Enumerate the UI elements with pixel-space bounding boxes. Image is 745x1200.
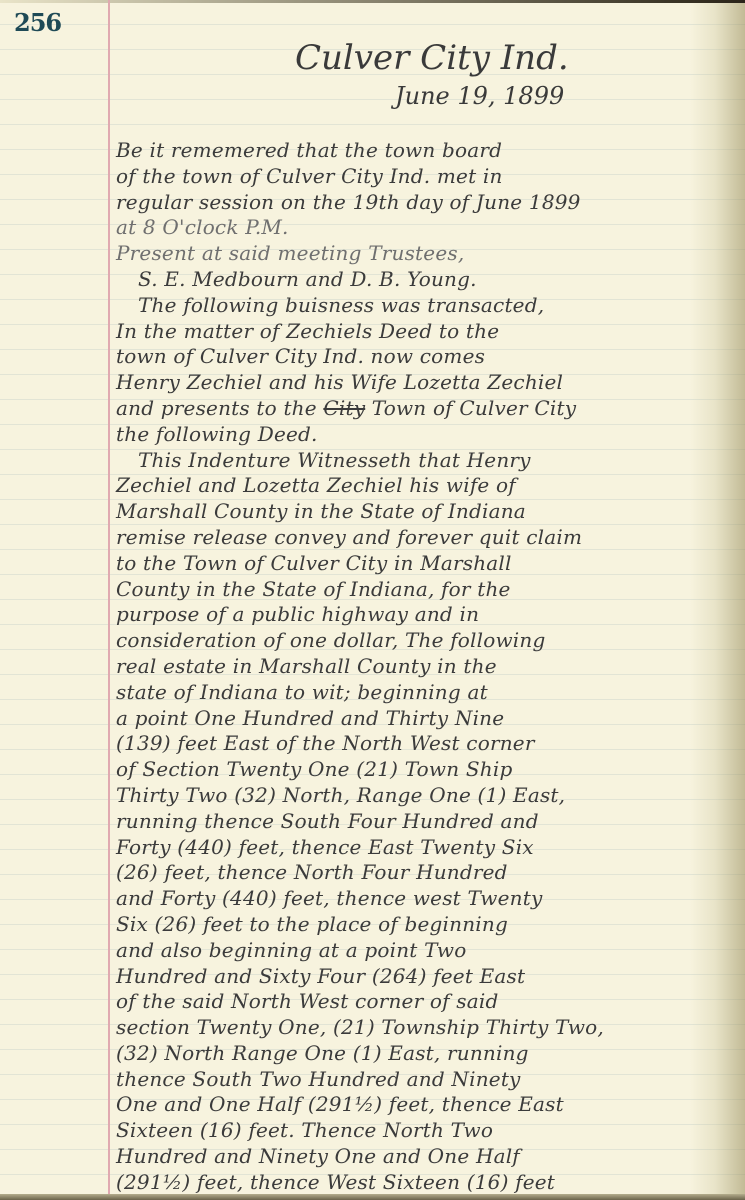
handwritten-line: at 8 O'clock P.M. <box>116 215 742 241</box>
handwritten-line: Forty (440) feet, thence East Twenty Six <box>116 835 742 861</box>
handwritten-line: state of Indiana to wit; beginning at <box>116 680 742 706</box>
handwritten-line: Hundred and Sixty Four (264) feet East <box>116 964 742 990</box>
handwritten-line: (32) North Range One (1) East, running <box>116 1041 742 1067</box>
handwritten-line: to the Town of Culver City in Marshall <box>116 551 742 577</box>
struck-word: City <box>323 396 365 420</box>
handwritten-line: S. E. Medbourn and D. B. Young. <box>116 267 742 293</box>
handwritten-line: The following buisness was transacted, <box>116 293 742 319</box>
handwritten-line: Hundred and Ninety One and One Half <box>116 1144 742 1170</box>
line-text: Town of Culver City <box>365 396 576 420</box>
handwritten-line: a point One Hundred and Thirty Nine <box>116 706 742 732</box>
handwritten-line: Marshall County in the State of Indiana <box>116 499 742 525</box>
handwritten-line: Zechiel and Lozetta Zechiel his wife of <box>116 473 742 499</box>
handwritten-line: (26) feet, thence North Four Hundred <box>116 860 742 886</box>
handwritten-line: This Indenture Witnesseth that Henry <box>116 448 742 474</box>
handwritten-line: Henry Zechiel and his Wife Lozetta Zechi… <box>116 370 742 396</box>
handwritten-line: remise release convey and forever quit c… <box>116 525 742 551</box>
handwritten-line: consideration of one dollar, The followi… <box>116 628 742 654</box>
handwritten-line: Present at said meeting Trustees, <box>116 241 742 267</box>
handwritten-line: section Twenty One, (21) Township Thirty… <box>116 1015 742 1041</box>
line-text: and presents to the <box>116 396 323 420</box>
handwritten-line: and also beginning at a point Two <box>116 938 742 964</box>
heading-place: Culver City Ind. <box>295 38 569 78</box>
handwritten-line: of the town of Culver City Ind. met in <box>116 164 742 190</box>
handwritten-line: One and One Half (291½) feet, thence Eas… <box>116 1092 742 1118</box>
handwritten-line: Thirty Two (32) North, Range One (1) Eas… <box>116 783 742 809</box>
page-top-edge <box>0 0 745 3</box>
handwritten-line: Sixteen (16) feet. Thence North Two <box>116 1118 742 1144</box>
handwritten-line: of the said North West corner of said <box>116 989 742 1015</box>
handwritten-line: regular session on the 19th day of June … <box>116 190 742 216</box>
handwritten-line: Be it rememered that the town board <box>116 138 742 164</box>
heading-date: June 19, 1899 <box>395 82 564 110</box>
handwritten-line: and presents to the City Town of Culver … <box>116 396 742 422</box>
handwritten-line: real estate in Marshall County in the <box>116 654 742 680</box>
handwritten-line: In the matter of Zechiels Deed to the <box>116 319 742 345</box>
handwritten-line: (291½) feet, thence West Sixteen (16) fe… <box>116 1170 742 1196</box>
page-bottom-edge <box>0 1194 745 1200</box>
handwritten-line: County in the State of Indiana, for the <box>116 577 742 603</box>
handwritten-line: the following Deed. <box>116 422 742 448</box>
margin-rule <box>108 0 110 1200</box>
page-number: 256 <box>14 8 61 37</box>
handwritten-line: running thence South Four Hundred and <box>116 809 742 835</box>
handwritten-line: thence South Two Hundred and Ninety <box>116 1067 742 1093</box>
handwritten-line: and Forty (440) feet, thence west Twenty <box>116 886 742 912</box>
handwritten-line: of Section Twenty One (21) Town Ship <box>116 757 742 783</box>
minutes-body: Be it rememered that the town boardof th… <box>116 138 742 1196</box>
ledger-page: 256 Culver City Ind. June 19, 1899 Be it… <box>0 0 745 1200</box>
handwritten-line: (139) feet East of the North West corner <box>116 731 742 757</box>
handwritten-line: town of Culver City Ind. now comes <box>116 344 742 370</box>
handwritten-line: purpose of a public highway and in <box>116 602 742 628</box>
handwritten-line: Six (26) feet to the place of beginning <box>116 912 742 938</box>
